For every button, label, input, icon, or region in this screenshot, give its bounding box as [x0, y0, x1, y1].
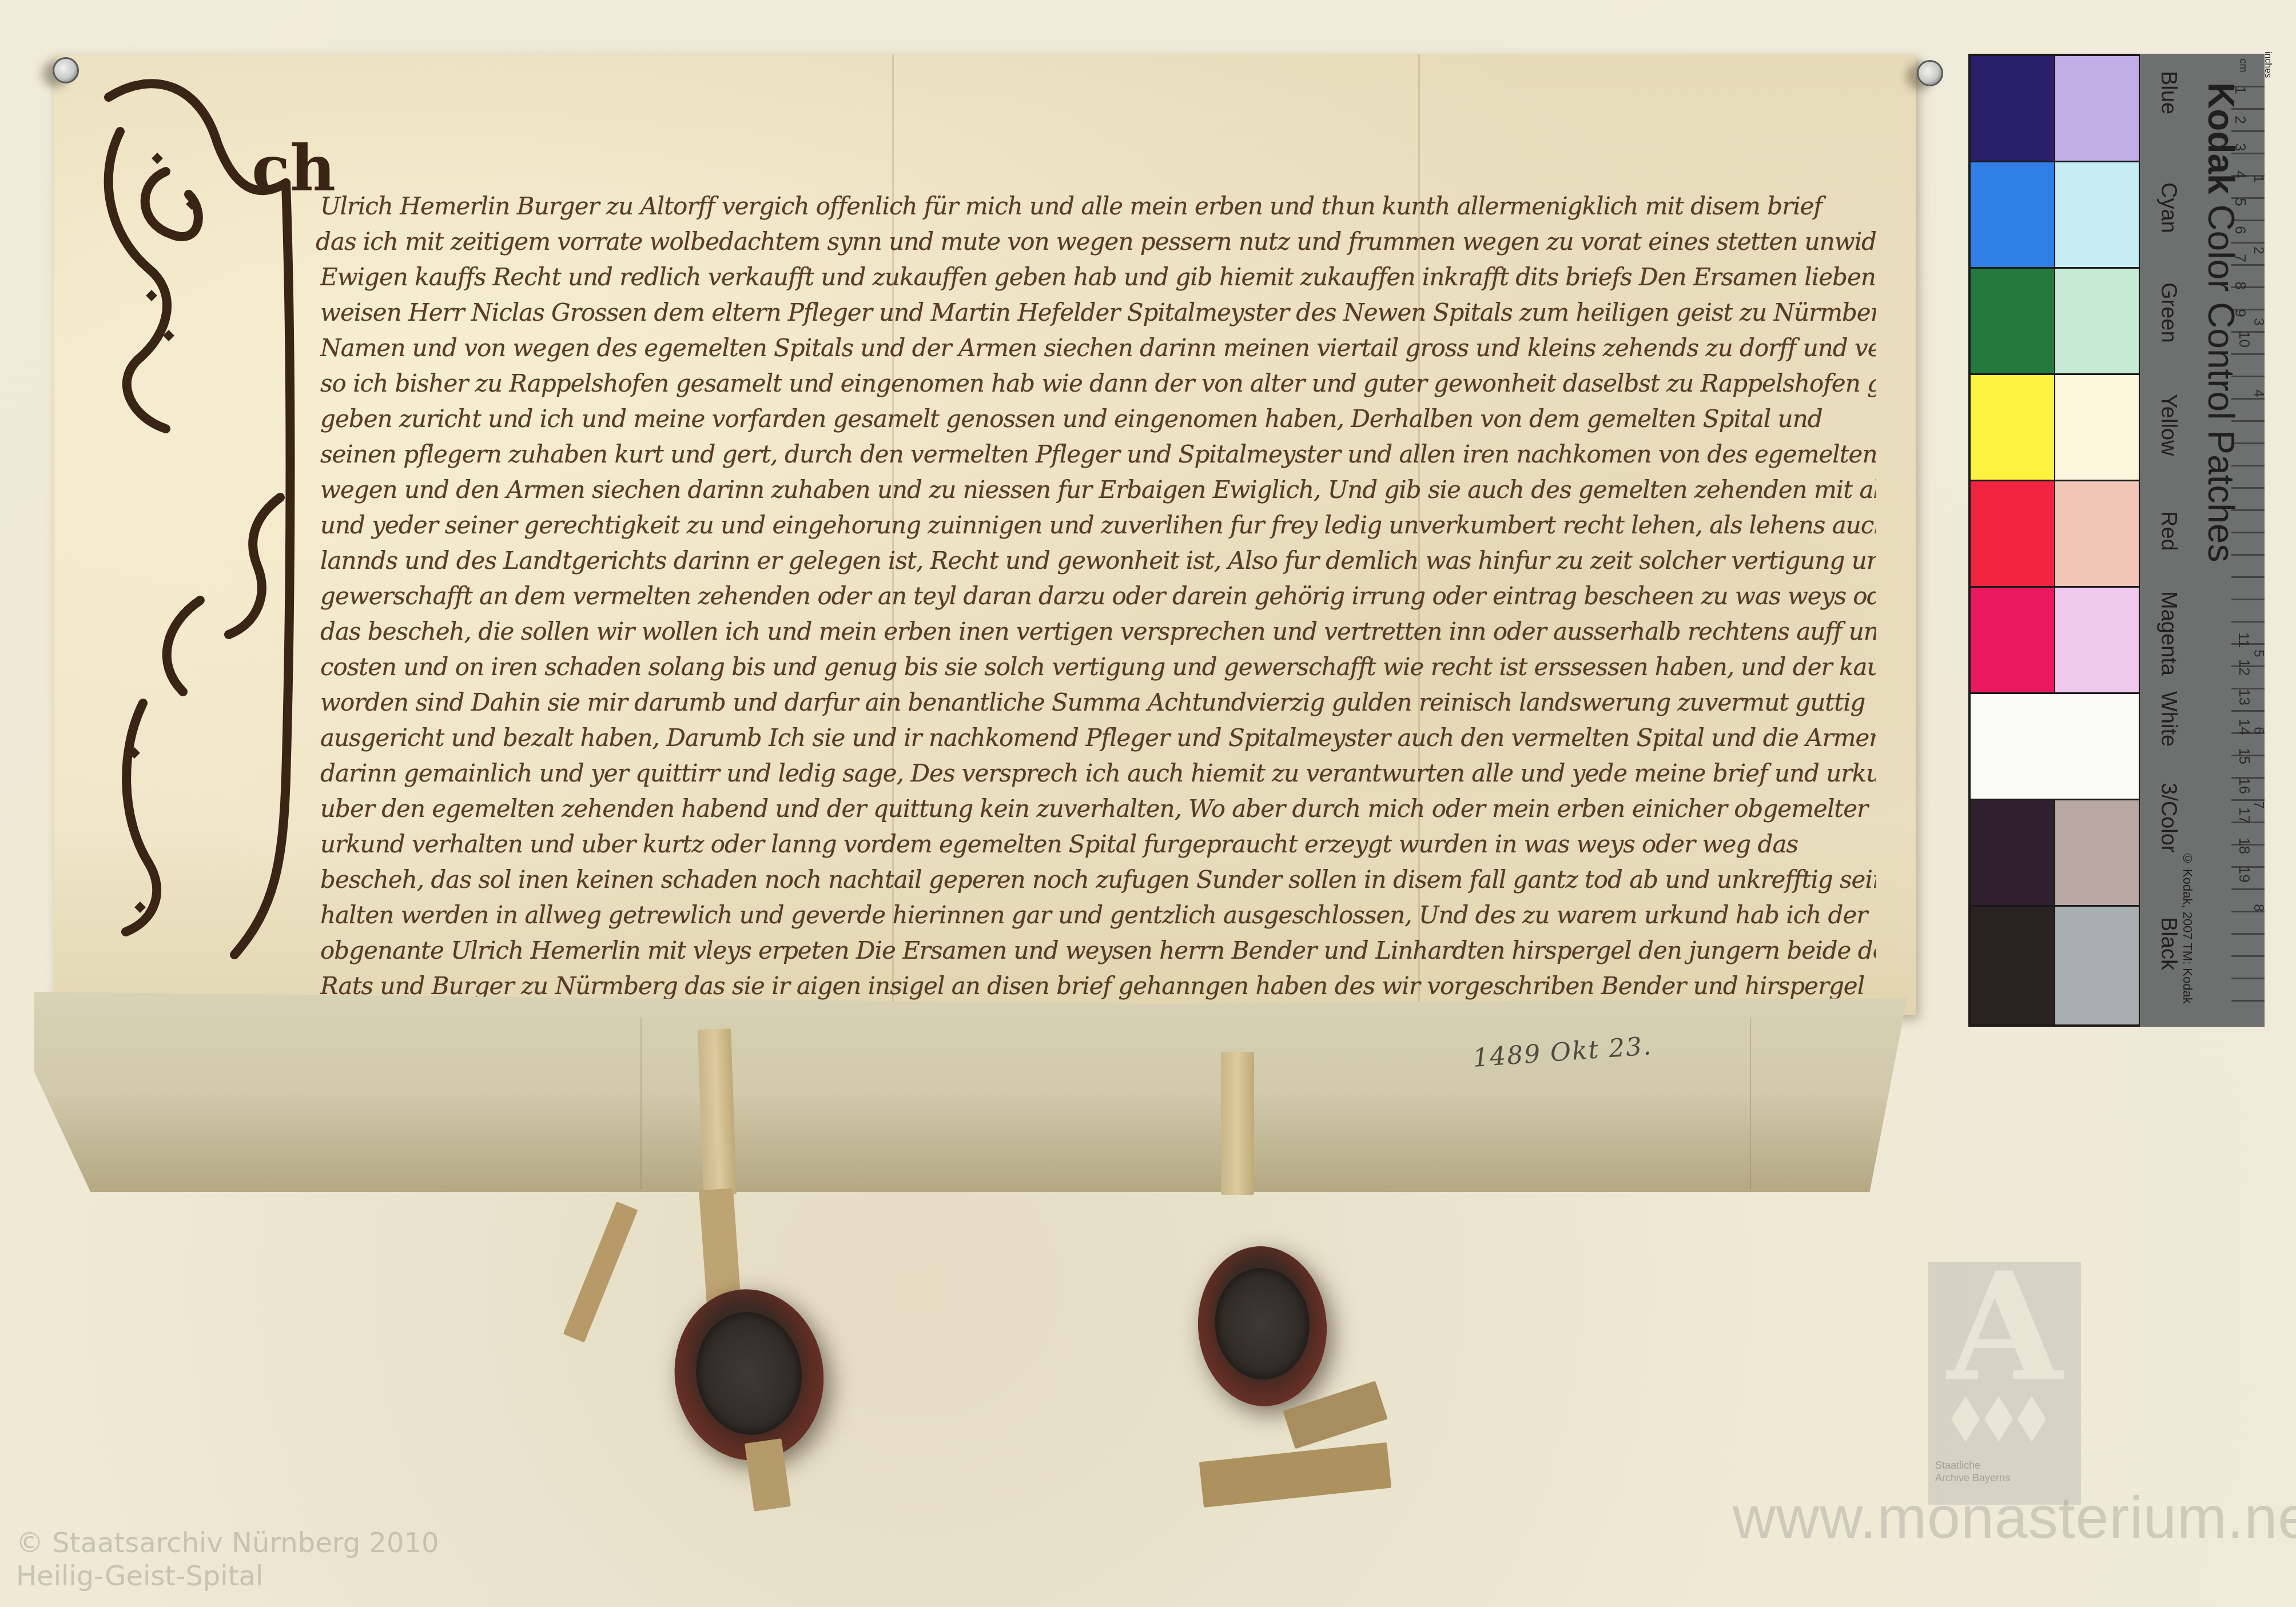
ruler-inch-mark: 6 [2250, 727, 2266, 734]
ruler-inch-mark: 5 [2250, 649, 2266, 657]
ruler-cm-mark: 1 [2231, 86, 2249, 94]
ruler-cm-mark: 11 [2235, 632, 2253, 648]
ruler-inch-mark: 3 [2250, 318, 2266, 325]
seal-tag-right [1221, 1052, 1254, 1195]
mounting-pin-left [53, 57, 79, 83]
ruler-cm-mark: 6 [2231, 226, 2249, 234]
ruler-cm-mark: 5 [2231, 198, 2249, 206]
kodak-copyright: © Kodak, 2007 TM: Kodak [2180, 851, 2195, 1004]
seal-impression [1211, 1265, 1313, 1382]
wax-seal-right [1193, 1242, 1332, 1410]
plica-crease [640, 1018, 642, 1189]
patch-yellow-light [2055, 375, 2139, 480]
mounting-pin-right [1917, 60, 1943, 86]
ruler-cm-mark: 10 [2235, 331, 2253, 348]
text-line: halten werden in allweg getrewlich und g… [320, 898, 1876, 933]
text-line: Ewigen kauffs Recht und redlich verkauff… [320, 260, 1876, 295]
seal-tag-left [698, 1028, 737, 1195]
plica-crease [1750, 1018, 1751, 1189]
label-blue: Blue [2156, 71, 2180, 114]
patch-blue-light [2055, 56, 2139, 161]
text-line: worden sind Dahin sie mir darumb und dar… [320, 685, 1876, 720]
text-line: obgenante Ulrich Hemerlin mit vleys erpe… [320, 933, 1876, 968]
seal-tag-ribbon [1199, 1442, 1392, 1508]
patch-magenta-light [2055, 588, 2139, 692]
diamond-icon [1984, 1396, 2013, 1442]
text-line: urkund verhalten und uber kurtz oder lan… [320, 827, 1876, 862]
collection-line: Heilig-Geist-Spital [16, 1560, 439, 1593]
archive-logo-icon: A Staatliche Archive Bayerns [1928, 1262, 2081, 1505]
ruler-cm-mark: 16 [2235, 777, 2253, 794]
patch-black-light [2055, 907, 2139, 1024]
label-cyan: Cyan [2156, 182, 2180, 233]
ruler-unit-inches: inches [2262, 51, 2273, 78]
ruler-inch-mark: 1 [2250, 175, 2266, 182]
text-line: das ich mit zeitigem vorrate wolbedachte… [316, 224, 1876, 260]
ruler-strip: Kodak Color Control Patches Blue Cyan Gr… [2140, 54, 2265, 1027]
patch-green-dark [1971, 269, 2054, 373]
kodak-color-checker: Kodak Color Control Patches Blue Cyan Gr… [1968, 54, 2265, 1027]
label-yellow: Yellow [2156, 394, 2180, 456]
wax-seal-left [663, 1279, 834, 1470]
patch-white [1971, 694, 2139, 799]
label-green: Green [2156, 282, 2180, 343]
patch-red-light [2055, 481, 2139, 586]
copyright-line: © Staatsarchiv Nürnberg 2010 [16, 1526, 439, 1560]
seal-impression [689, 1305, 810, 1442]
seal-tag-strip [563, 1202, 638, 1343]
ruler-cm-mark: 9 [2231, 309, 2249, 317]
text-line: seinen pflegern zuhaben kurt und gert, d… [320, 437, 1876, 472]
text-line: bescheh, das sol inen keinen schaden noc… [320, 862, 1876, 898]
text-line: weisen Herr Niclas Grossen dem eltern Pf… [320, 295, 1876, 330]
text-line: darinn gemainlich und yer quittirr und l… [320, 756, 1876, 791]
label-red: Red [2156, 511, 2180, 551]
ruler-cm-mark: 13 [2235, 689, 2253, 705]
text-line: Namen und von wegen des egemelten Spital… [320, 330, 1876, 366]
label-white: White [2156, 691, 2180, 747]
ruler-unit-cm: cm [2237, 59, 2249, 73]
patch-cyan-light [2055, 162, 2139, 267]
patch-3color-light [2055, 800, 2139, 905]
label-black: Black [2156, 917, 2180, 970]
text-line: geben zuricht und ich und meine vorfarde… [320, 401, 1876, 437]
text-line: costen und on iren schaden solang bis un… [320, 649, 1876, 685]
text-line: uber den egemelten zehenden habend und d… [320, 791, 1876, 827]
ruler-cm-mark: 15 [2235, 748, 2253, 764]
ruler-cm-mark: 19 [2235, 866, 2253, 883]
ruler-cm-mark: 4 [2231, 170, 2249, 178]
diamond-icon [1951, 1396, 1980, 1442]
patch-black-dark [1971, 907, 2054, 1024]
label-magenta: Magenta [2156, 591, 2180, 676]
text-line: so ich bisher zu Rappelshofen gesamelt u… [320, 366, 1876, 401]
patch-blue-dark [1971, 56, 2054, 161]
patch-cyan-dark [1971, 162, 2054, 267]
text-line: das bescheh, die sollen wir wollen ich u… [320, 614, 1876, 649]
logo-caption-line: Archive Bayerns [1935, 1472, 2010, 1484]
charter-text: Ulrich Hemerlin Burger zu Altorff vergic… [320, 189, 1876, 920]
patch-green-light [2055, 269, 2139, 373]
copyright-watermark: © Staatsarchiv Nürnberg 2010 Heilig-Geis… [16, 1526, 439, 1593]
kodak-title: Kodak Color Control Patches [2203, 82, 2239, 562]
patch-3color-dark [1971, 800, 2054, 905]
text-line: wegen und den Armen siechen darinn zuhab… [320, 472, 1876, 508]
site-watermark: www.monasterium.net [1733, 1484, 2296, 1552]
ruler-cm-mark: 8 [2231, 281, 2249, 289]
ruler-inch-mark: 8 [2250, 904, 2266, 911]
ruler-inch-mark: 7 [2250, 801, 2266, 808]
ruler-cm-mark: 12 [2235, 659, 2253, 676]
ruler-cm-mark: 17 [2235, 807, 2253, 824]
patch-magenta-dark [1971, 588, 2054, 692]
ruler-inch-mark: 4 [2250, 389, 2266, 397]
logo-letter: A [1928, 1262, 2081, 1387]
patch-red-dark [1971, 481, 2054, 586]
ruler-inch-mark: 2 [2250, 246, 2266, 254]
patch-yellow-dark [1971, 375, 2054, 480]
logo-diamonds [1951, 1396, 2046, 1442]
ruler-cm-mark: 2 [2231, 115, 2249, 123]
label-3color: 3/Color [2156, 783, 2180, 853]
text-line: und yeder seiner gerechtigkeit zu und ei… [320, 508, 1876, 543]
logo-caption-line: Staatliche [1935, 1459, 2010, 1472]
plica-fold [34, 992, 1907, 1192]
text-line: ausgericht und bezalt haben, Darumb Ich … [320, 720, 1876, 756]
diamond-icon [2018, 1396, 2046, 1442]
text-line: lannds und des Landtgerichts darinn er g… [320, 543, 1876, 579]
logo-caption: Staatliche Archive Bayerns [1935, 1459, 2010, 1484]
ruler-cm-mark: 18 [2235, 838, 2253, 854]
ruler-cm-mark: 7 [2231, 254, 2249, 262]
ruler-cm-mark: 3 [2231, 143, 2249, 151]
text-line: gewerschafft an dem vermelten zehenden o… [320, 579, 1876, 614]
text-line: Ulrich Hemerlin Burger zu Altorff vergic… [320, 189, 1876, 224]
